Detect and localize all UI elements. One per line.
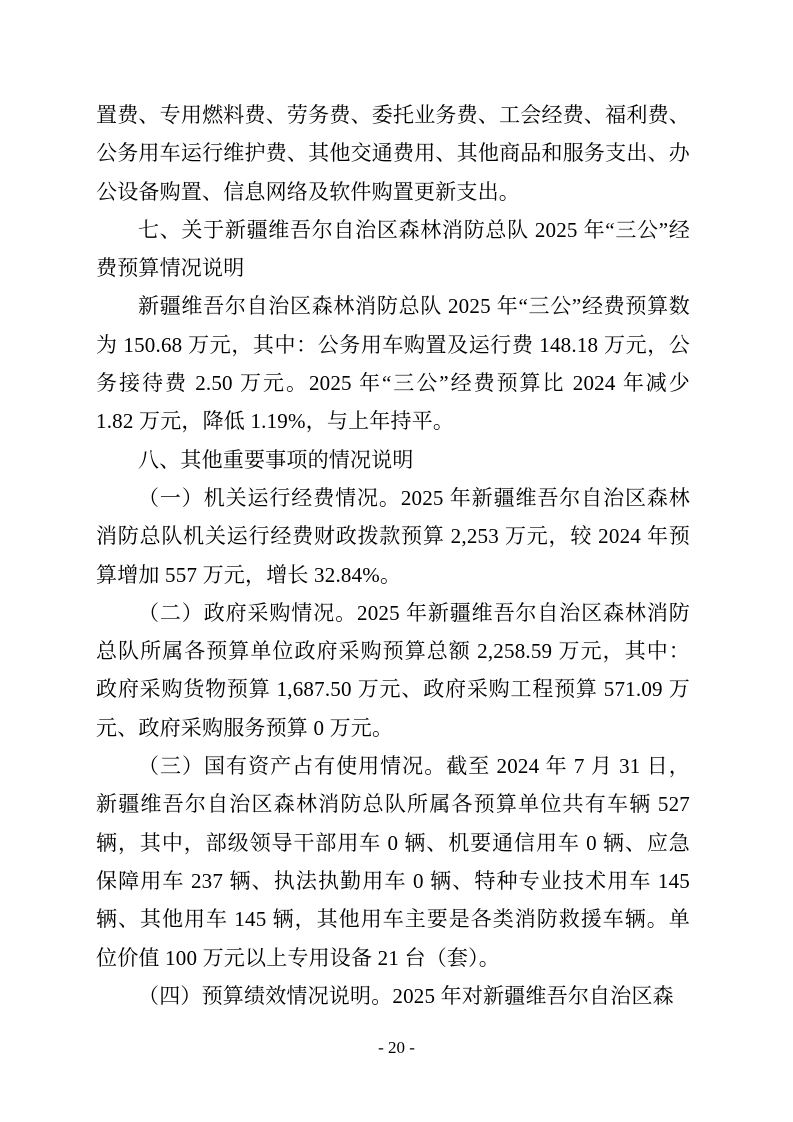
paragraph-government-procurement: （二）政府采购情况。2025 年新疆维吾尔自治区森林消防总队所属各预算单位政府采… — [96, 594, 690, 747]
page-number: - 20 - — [0, 1037, 793, 1059]
paragraph-state-owned-assets: （三）国有资产占有使用情况。截至 2024 年 7 月 31 日，新疆维吾尔自治… — [96, 747, 690, 977]
paragraph-budget-performance: （四）预算绩效情况说明。2025 年对新疆维吾尔自治区森 — [96, 977, 690, 1015]
document-body: 置费、专用燃料费、劳务费、委托业务费、工会经费、福利费、公务用车运行维护费、其他… — [96, 96, 690, 1015]
paragraph-sangong-budget-detail: 新疆维吾尔自治区森林消防总队 2025 年“三公”经费预算数为 150.68 万… — [96, 287, 690, 440]
section-heading-eight-other-matters: 八、其他重要事项的情况说明 — [96, 441, 690, 479]
paragraph-expense-items-continued: 置费、专用燃料费、劳务费、委托业务费、工会经费、福利费、公务用车运行维护费、其他… — [96, 96, 690, 211]
document-page: 置费、专用燃料费、劳务费、委托业务费、工会经费、福利费、公务用车运行维护费、其他… — [0, 0, 793, 1122]
paragraph-agency-operating-expenses: （一）机关运行经费情况。2025 年新疆维吾尔自治区森林消防总队机关运行经费财政… — [96, 479, 690, 594]
section-heading-seven-sangong-budget: 七、关于新疆维吾尔自治区森林消防总队 2025 年“三公”经费预算情况说明 — [96, 211, 690, 288]
